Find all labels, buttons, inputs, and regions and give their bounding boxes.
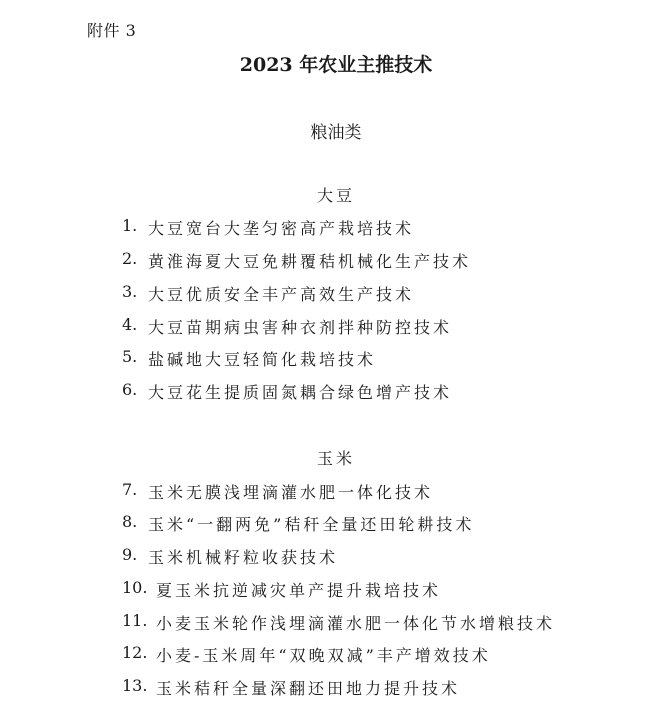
item-number: 1.: [122, 216, 148, 239]
item-number: 11.: [122, 611, 156, 634]
item-text: 玉米“一翻两免”秸秆全量还田轮耕技术: [148, 512, 474, 535]
list-item: 4. 大豆苗期病虫害种衣剂拌种防控技术: [122, 315, 452, 338]
item-text: 小麦-玉米周年“双晚双减”丰产增效技术: [156, 643, 491, 666]
item-number: 2.: [122, 249, 148, 272]
list-item: 5. 盐碱地大豆轻简化栽培技术: [122, 347, 376, 370]
attachment-label: 附件 3: [87, 18, 136, 41]
item-number: 9.: [122, 545, 148, 568]
list-item: 13. 玉米秸秆全量深翻还田地力提升技术: [122, 676, 460, 699]
category-heading: 粮油类: [0, 118, 650, 143]
list-item: 8. 玉米“一翻两免”秸秆全量还田轮耕技术: [122, 512, 474, 535]
section-heading-soybean: 大豆: [0, 183, 650, 206]
item-text: 玉米秸秆全量深翻还田地力提升技术: [156, 676, 460, 699]
list-item: 1. 大豆宽台大垄匀密高产栽培技术: [122, 216, 414, 239]
item-text: 夏玉米抗逆减灾单产提升栽培技术: [156, 578, 441, 601]
item-text: 大豆苗期病虫害种衣剂拌种防控技术: [148, 315, 452, 338]
item-number: 13.: [122, 676, 156, 699]
item-text: 盐碱地大豆轻简化栽培技术: [148, 347, 376, 370]
list-item: 6. 大豆花生提质固氮耦合绿色增产技术: [122, 380, 452, 403]
item-number: 10.: [122, 578, 156, 601]
item-number: 4.: [122, 315, 148, 338]
list-item: 9. 玉米机械籽粒收获技术: [122, 545, 338, 568]
item-text: 小麦玉米轮作浅埋滴灌水肥一体化节水增粮技术: [156, 611, 555, 634]
list-item: 12. 小麦-玉米周年“双晚双减”丰产增效技术: [122, 643, 491, 666]
list-item: 7. 玉米无膜浅埋滴灌水肥一体化技术: [122, 480, 433, 503]
item-number: 6.: [122, 380, 148, 403]
item-number: 3.: [122, 282, 148, 305]
item-text: 玉米无膜浅埋滴灌水肥一体化技术: [148, 480, 433, 503]
section-heading-corn: 玉米: [0, 446, 650, 469]
list-item: 2. 黄淮海夏大豆免耕覆秸机械化生产技术: [122, 249, 471, 272]
item-text: 大豆优质安全丰产高效生产技术: [148, 282, 414, 305]
list-item: 3. 大豆优质安全丰产高效生产技术: [122, 282, 414, 305]
list-item: 10. 夏玉米抗逆减灾单产提升栽培技术: [122, 578, 441, 601]
item-number: 5.: [122, 347, 148, 370]
document-title: 2023 年农业主推技术: [0, 50, 650, 77]
list-item: 11. 小麦玉米轮作浅埋滴灌水肥一体化节水增粮技术: [122, 611, 555, 634]
item-text: 玉米机械籽粒收获技术: [148, 545, 338, 568]
item-number: 7.: [122, 480, 148, 503]
item-text: 大豆花生提质固氮耦合绿色增产技术: [148, 380, 452, 403]
item-text: 大豆宽台大垄匀密高产栽培技术: [148, 216, 414, 239]
item-number: 12.: [122, 643, 156, 666]
item-text: 黄淮海夏大豆免耕覆秸机械化生产技术: [148, 249, 471, 272]
item-number: 8.: [122, 512, 148, 535]
